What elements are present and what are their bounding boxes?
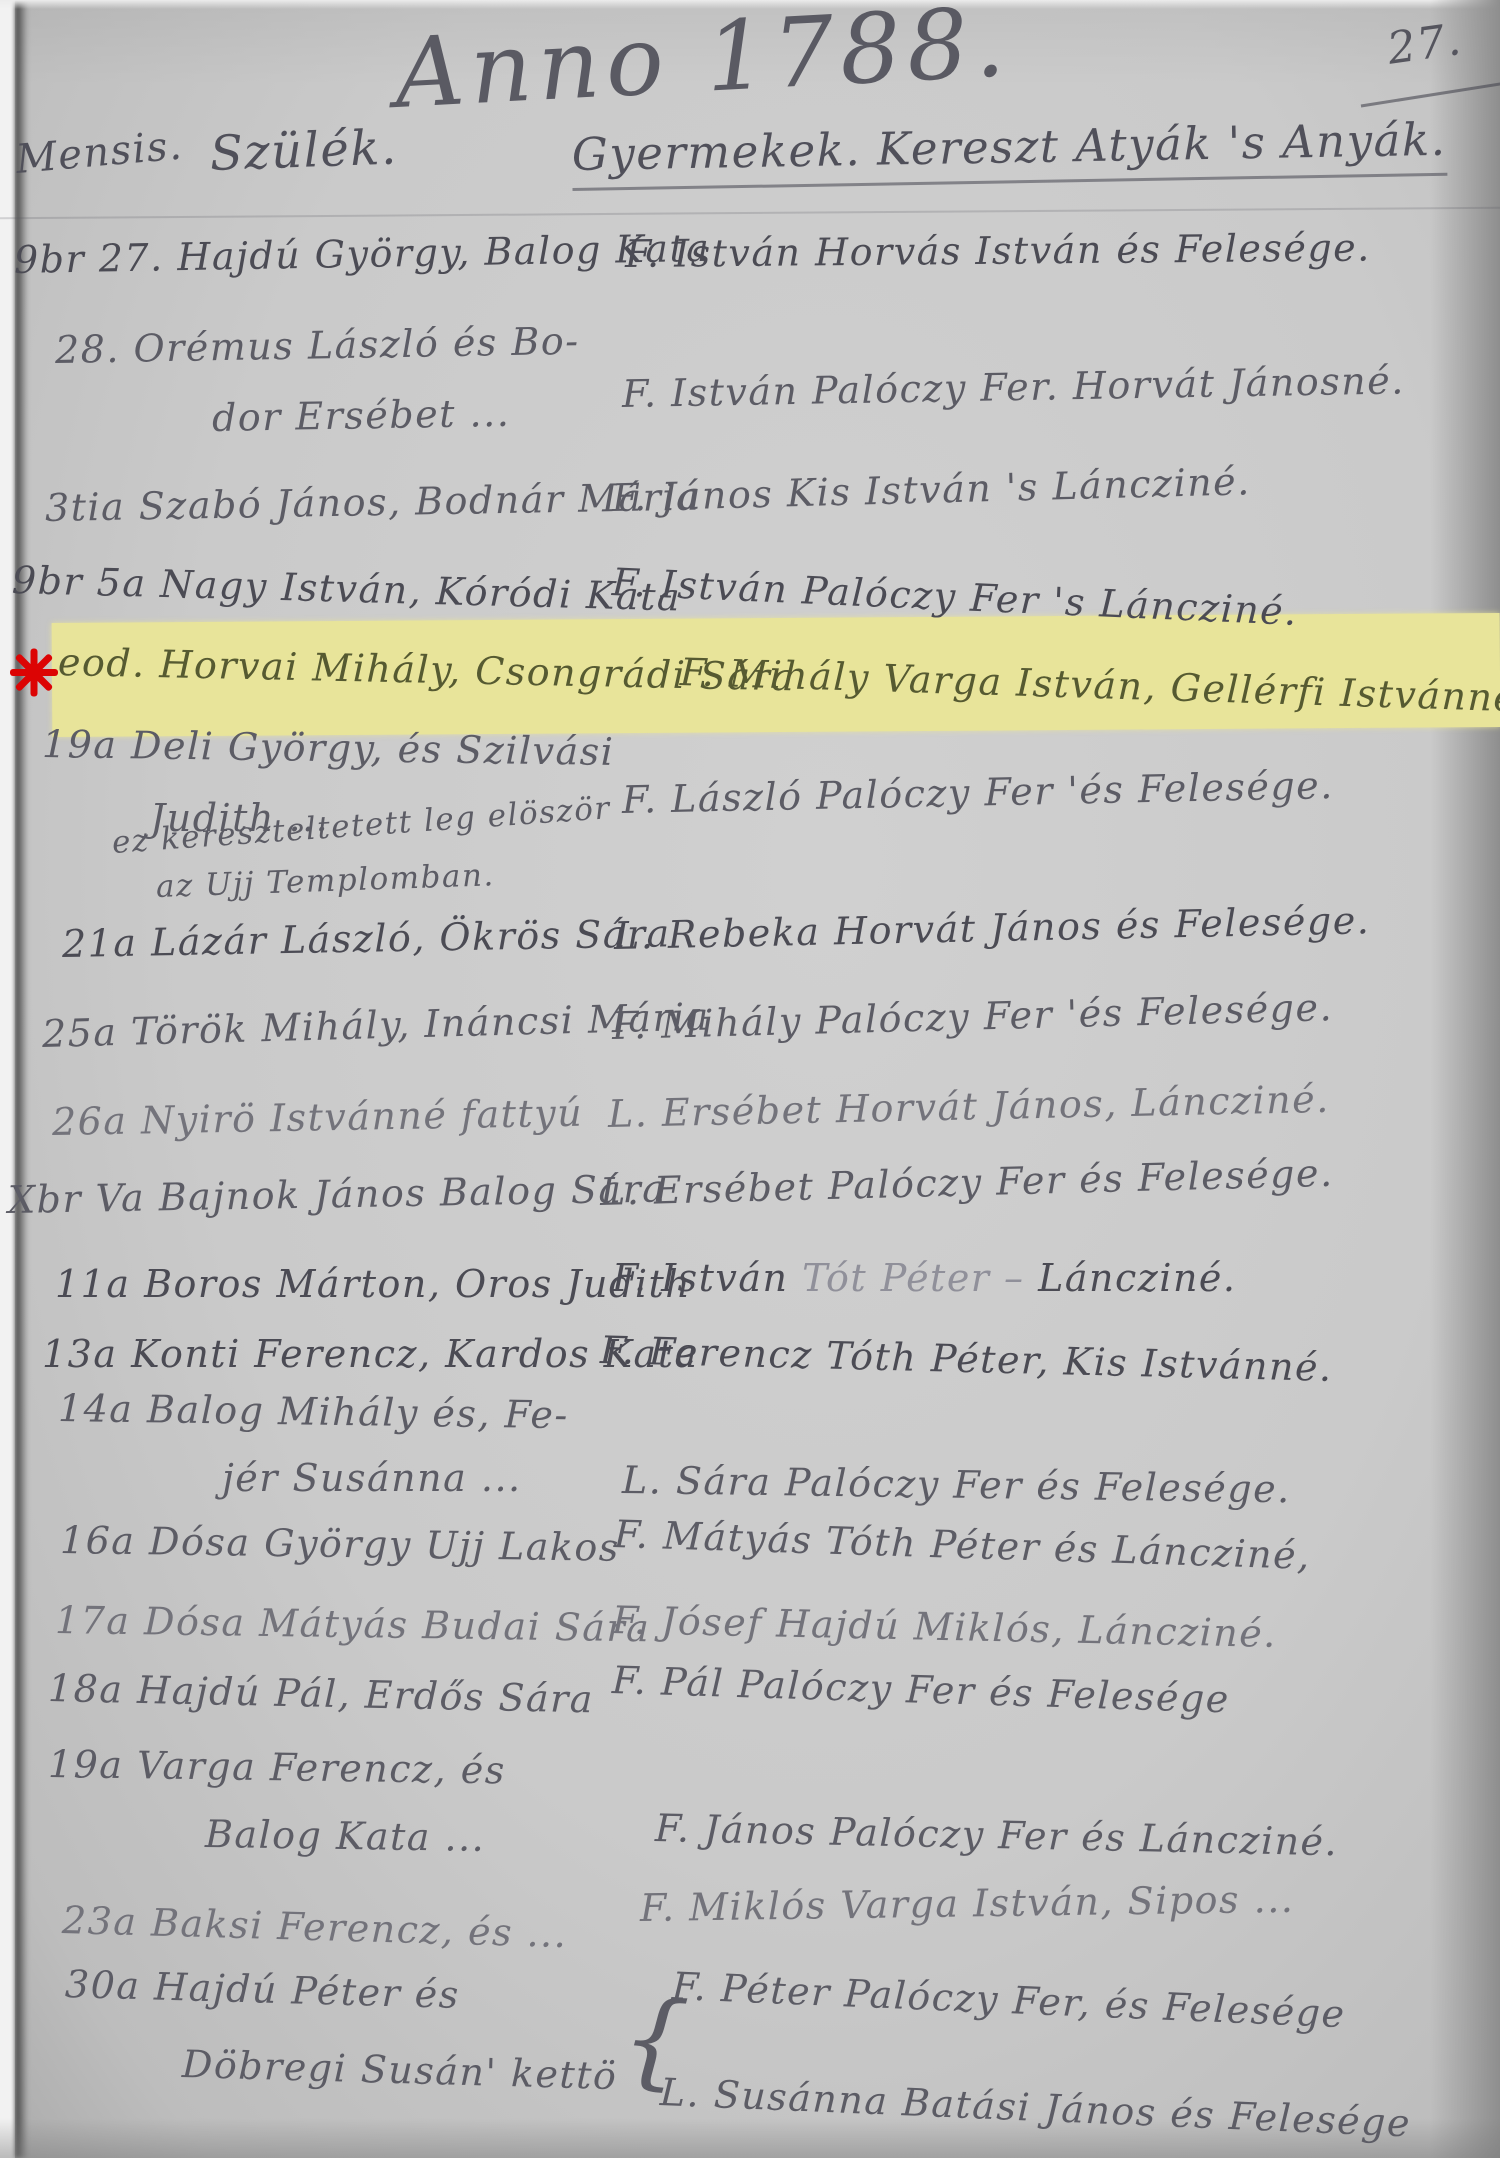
entry-record: F. Péter Palóczy Fer, és Felesége xyxy=(671,1966,1346,2036)
entry-record: L. Ersébet Horvát János, Láncziné. xyxy=(608,1079,1331,1136)
scan-edge-left-shadow xyxy=(15,0,28,2158)
entry-record: F. János Palóczy Fer és Láncziné. xyxy=(655,1808,1339,1864)
entry-parents: 9br 27. Hajdú György, Balog Kata xyxy=(14,228,711,282)
entry-record-pencil: Tót Péter – xyxy=(802,1256,1024,1300)
entry-parents: 14a Balog Mihály és, Fe- xyxy=(58,1388,569,1437)
entry-record: F. Mátyás Tóth Péter és Láncziné, xyxy=(613,1514,1311,1578)
entry-parents: 28. Orémus László és Bo- xyxy=(55,321,580,372)
entry-parents: 3tia Szabó János, Bodnár Mária xyxy=(45,477,701,530)
scan-edge-right xyxy=(1430,0,1500,2158)
entry-parents: 19a Varga Ferencz, és xyxy=(48,1744,506,1792)
header-szulek: Szülék. xyxy=(209,121,398,180)
entry-parents: Xbr Va Bajnok János Balog Sára xyxy=(8,1169,667,1222)
entry-record: F. István Tót Péter – Láncziné. xyxy=(612,1258,1237,1300)
entry-parents: 30a Hajdú Péter és xyxy=(64,1964,460,2017)
baptism-note-line2: az Ujj Templomban. xyxy=(155,858,495,904)
entry-parents: 19a Deli György, és Szilvási xyxy=(42,724,615,774)
header-rule xyxy=(0,207,1500,219)
entry-parents: 11a Boros Márton, Oros Judith xyxy=(55,1264,691,1306)
entry-parents-cont: Döbregi Susán' kettö xyxy=(181,2044,617,2098)
entry-record: L. Ersébet Palóczy Fer és Felesége. xyxy=(599,1153,1334,1214)
margin-asterisk-icon xyxy=(8,646,60,698)
entry-record: F. László Palóczy Fer 'és Felesége. xyxy=(622,765,1335,822)
entry-record: F. Mihály Palóczy Fer 'és Felesége. xyxy=(611,987,1333,1048)
entry-parents-cont: jér Susánna ... xyxy=(222,1458,522,1500)
header-gyermekek: Gyermekek. Kereszt Atyák 's Anyák. xyxy=(571,115,1447,191)
entry-parents: 26a Nyirö Istvánné fattyú xyxy=(52,1093,584,1144)
register-scan-page: Anno 1788. 27. Mensis. Szülék. Gyermekek… xyxy=(0,0,1500,2158)
entry-parents: 17a Dósa Mátyás Budai Sára xyxy=(55,1600,651,1650)
entry-parents-cont: Balog Kata ... xyxy=(205,1814,486,1860)
entry-record: F. Ferencz Tóth Péter, Kis Istvánné. xyxy=(599,1330,1333,1390)
entry-record: F. Miklós Varga István, Sipos ... xyxy=(640,1879,1295,1930)
entry-record: F. István Palóczy Fer. Horvát Jánosné. xyxy=(622,360,1405,415)
entry-parents: 18a Hajdú Pál, Erdős Sára xyxy=(48,1668,595,1721)
entry-parents: 16a Dósa György Ujj Lakos xyxy=(60,1520,620,1570)
entry-parents: 9br 5a Nagy István, Kóródi Kata xyxy=(11,560,681,619)
entry-record: F. János Kis István 's Láncziné. xyxy=(611,461,1251,520)
entry-record-ink: F. István xyxy=(612,1256,802,1300)
header-mensis: Mensis. xyxy=(14,123,185,181)
entry-record-ink-tail: Láncziné. xyxy=(1025,1256,1237,1300)
entry-parents: 21a Lázár László, Ökrös Sára xyxy=(62,913,671,965)
entry-parents: 25a Török Mihály, Ináncsi Mária xyxy=(41,997,710,1056)
entry-record: L. Rebeka Horvát János és Felesége. xyxy=(614,900,1371,958)
entry-record: F. Pál Palóczy Fer és Felesége xyxy=(611,1660,1230,1721)
entry-parents-cont: dor Ersébet ... xyxy=(212,393,511,440)
page-title: Anno 1788. xyxy=(392,0,1013,128)
scan-edge-left xyxy=(0,0,15,2158)
entry-record: F. István Horvás István és Felesége. xyxy=(625,227,1371,275)
entry-parents: 23a Baksi Ferencz, és ... xyxy=(61,1900,568,1956)
entry-record: F. Jósef Hajdú Miklós, Láncziné. xyxy=(612,1600,1278,1656)
entry-record: L. Sára Palóczy Fer és Felesége. xyxy=(622,1460,1291,1511)
page-number: 27. xyxy=(1385,16,1465,74)
